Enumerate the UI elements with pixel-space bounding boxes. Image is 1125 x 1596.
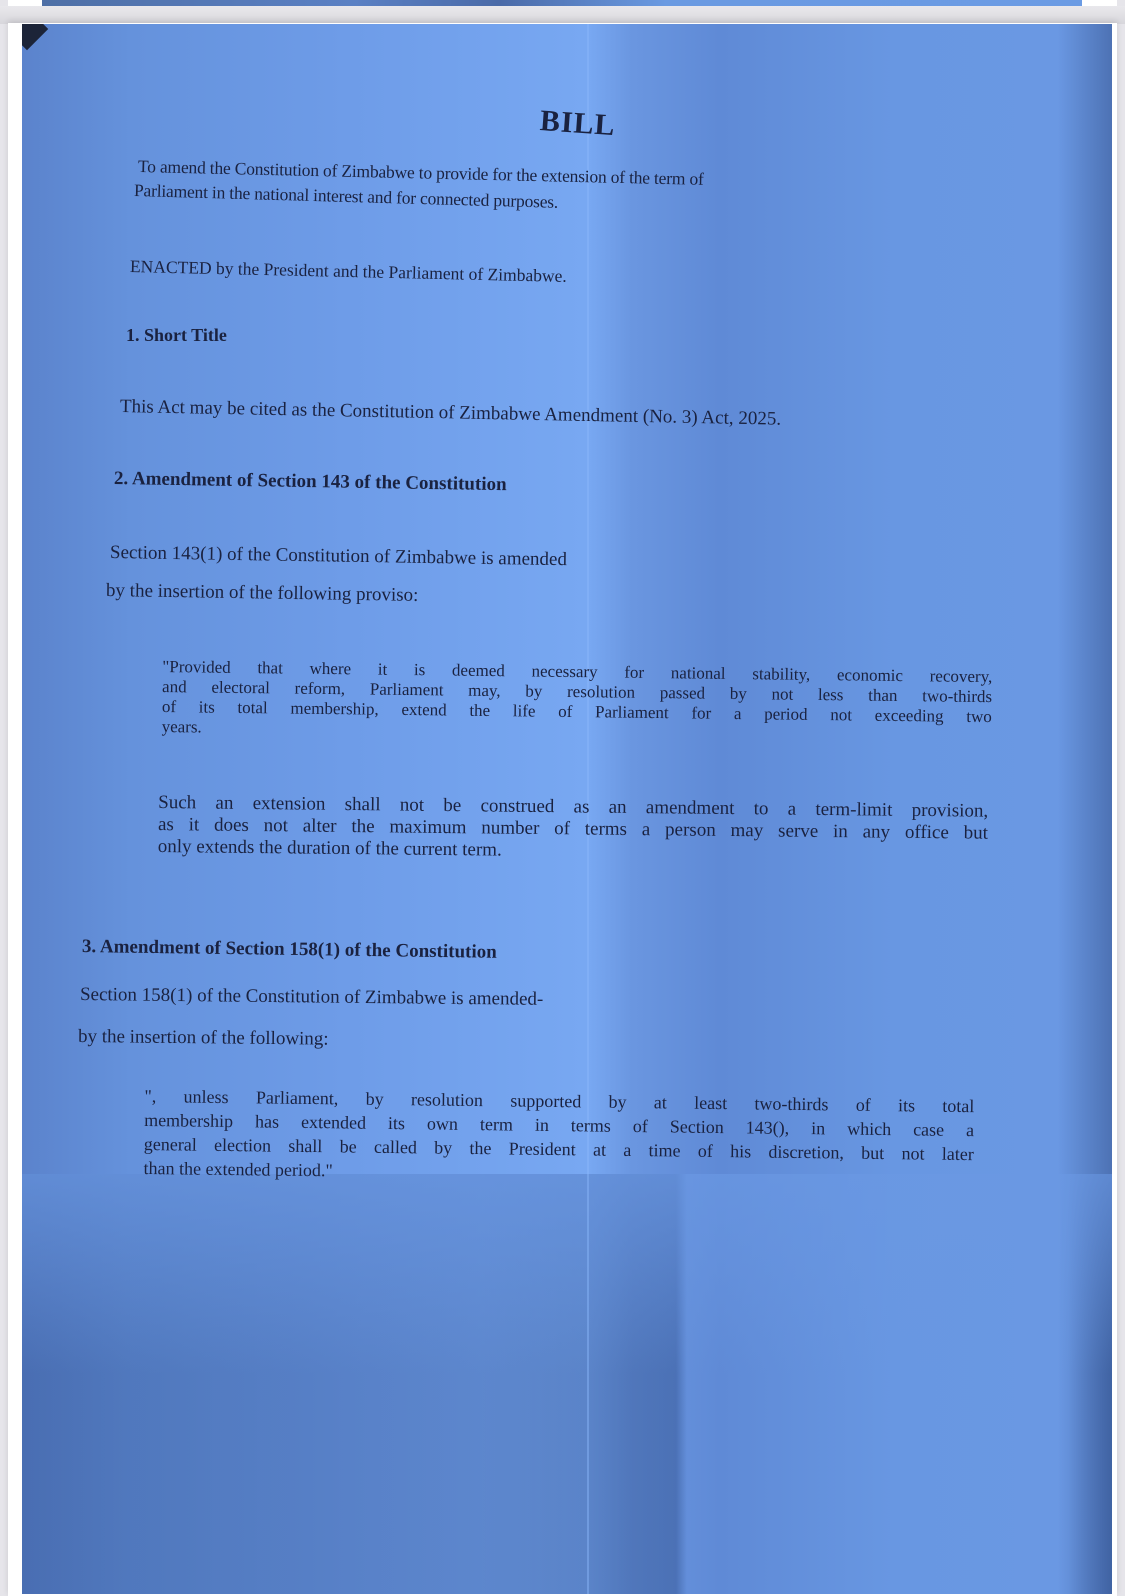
card-divider bbox=[0, 6, 1125, 24]
enacting-clause: ENACTED by the President and the Parliam… bbox=[130, 256, 567, 287]
section-3-insertion-paragraph: ", unless Parliament, by resolution supp… bbox=[143, 1084, 974, 1190]
section-2-body-line-1: Section 143(1) of the Constitution of Zi… bbox=[110, 542, 567, 571]
section-3-body-line-2: by the insertion of the following: bbox=[78, 1026, 329, 1051]
section-3-body-line-1: Section 158(1) of the Constitution of Zi… bbox=[80, 984, 544, 1011]
section-1-body: This Act may be cited as the Constitutio… bbox=[120, 396, 782, 431]
photo-corner bbox=[22, 24, 48, 50]
section-2-body-line-2: by the insertion of the following provis… bbox=[106, 580, 419, 607]
section-1-heading: 1. Short Title bbox=[126, 325, 227, 346]
section-2-proviso-paragraph-1: "Provided that where it is deemed necess… bbox=[162, 657, 993, 747]
paper-shadow-fade bbox=[22, 1174, 1112, 1374]
document-photo: BILL To amend the Constitution of Zimbab… bbox=[22, 24, 1112, 1594]
section-3-heading: 3. Amendment of Section 158(1) of the Co… bbox=[82, 936, 497, 964]
section-2-heading: 2. Amendment of Section 143 of the Const… bbox=[114, 468, 507, 496]
photo-card[interactable]: BILL To amend the Constitution of Zimbab… bbox=[8, 23, 1117, 1596]
section-2-proviso-paragraph-2: Such an extension shall not be construed… bbox=[158, 792, 989, 867]
bill-title: BILL bbox=[539, 104, 617, 143]
